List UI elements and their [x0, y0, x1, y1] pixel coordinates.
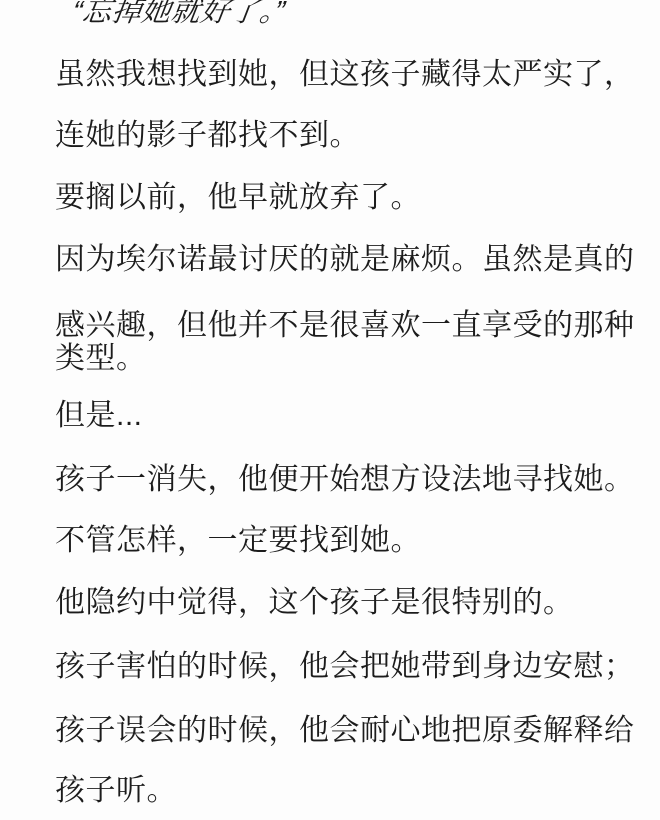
text-line: 要搁以前，他早就放弃了。 — [55, 181, 421, 215]
text-line: 他隐约中觉得，这个孩子是很特别的。 — [55, 586, 574, 620]
novel-text-page: “忘掉她就好了。” 虽然我想找到她，但这孩子藏得太严实了， 连她的影子都找不到。… — [0, 0, 660, 820]
text-line: 因为埃尔诺最讨厌的就是麻烦。虽然是真的 — [55, 243, 635, 277]
text-line: 类型。 — [55, 342, 147, 376]
text-line: 孩子害怕的时候，他会把她带到身边安慰； — [55, 650, 635, 684]
text-line: 孩子误会的时候，他会耐心地把原委解释给 — [55, 714, 635, 748]
text-line: 连她的影子都找不到。 — [55, 119, 360, 153]
text-line: 感兴趣，但他并不是很喜欢一直享受的那种 — [55, 309, 635, 343]
text-line: 虽然我想找到她，但这孩子藏得太严实了， — [55, 58, 635, 92]
quoted-dialogue-line: “忘掉她就好了。” — [70, 0, 287, 29]
text-line: 但是... — [55, 399, 143, 433]
text-line: 孩子听。 — [55, 774, 177, 808]
text-line: 不管怎样，一定要找到她。 — [55, 524, 421, 558]
text-line: 孩子一消失，他便开始想方设法地寻找她。 — [55, 463, 635, 497]
